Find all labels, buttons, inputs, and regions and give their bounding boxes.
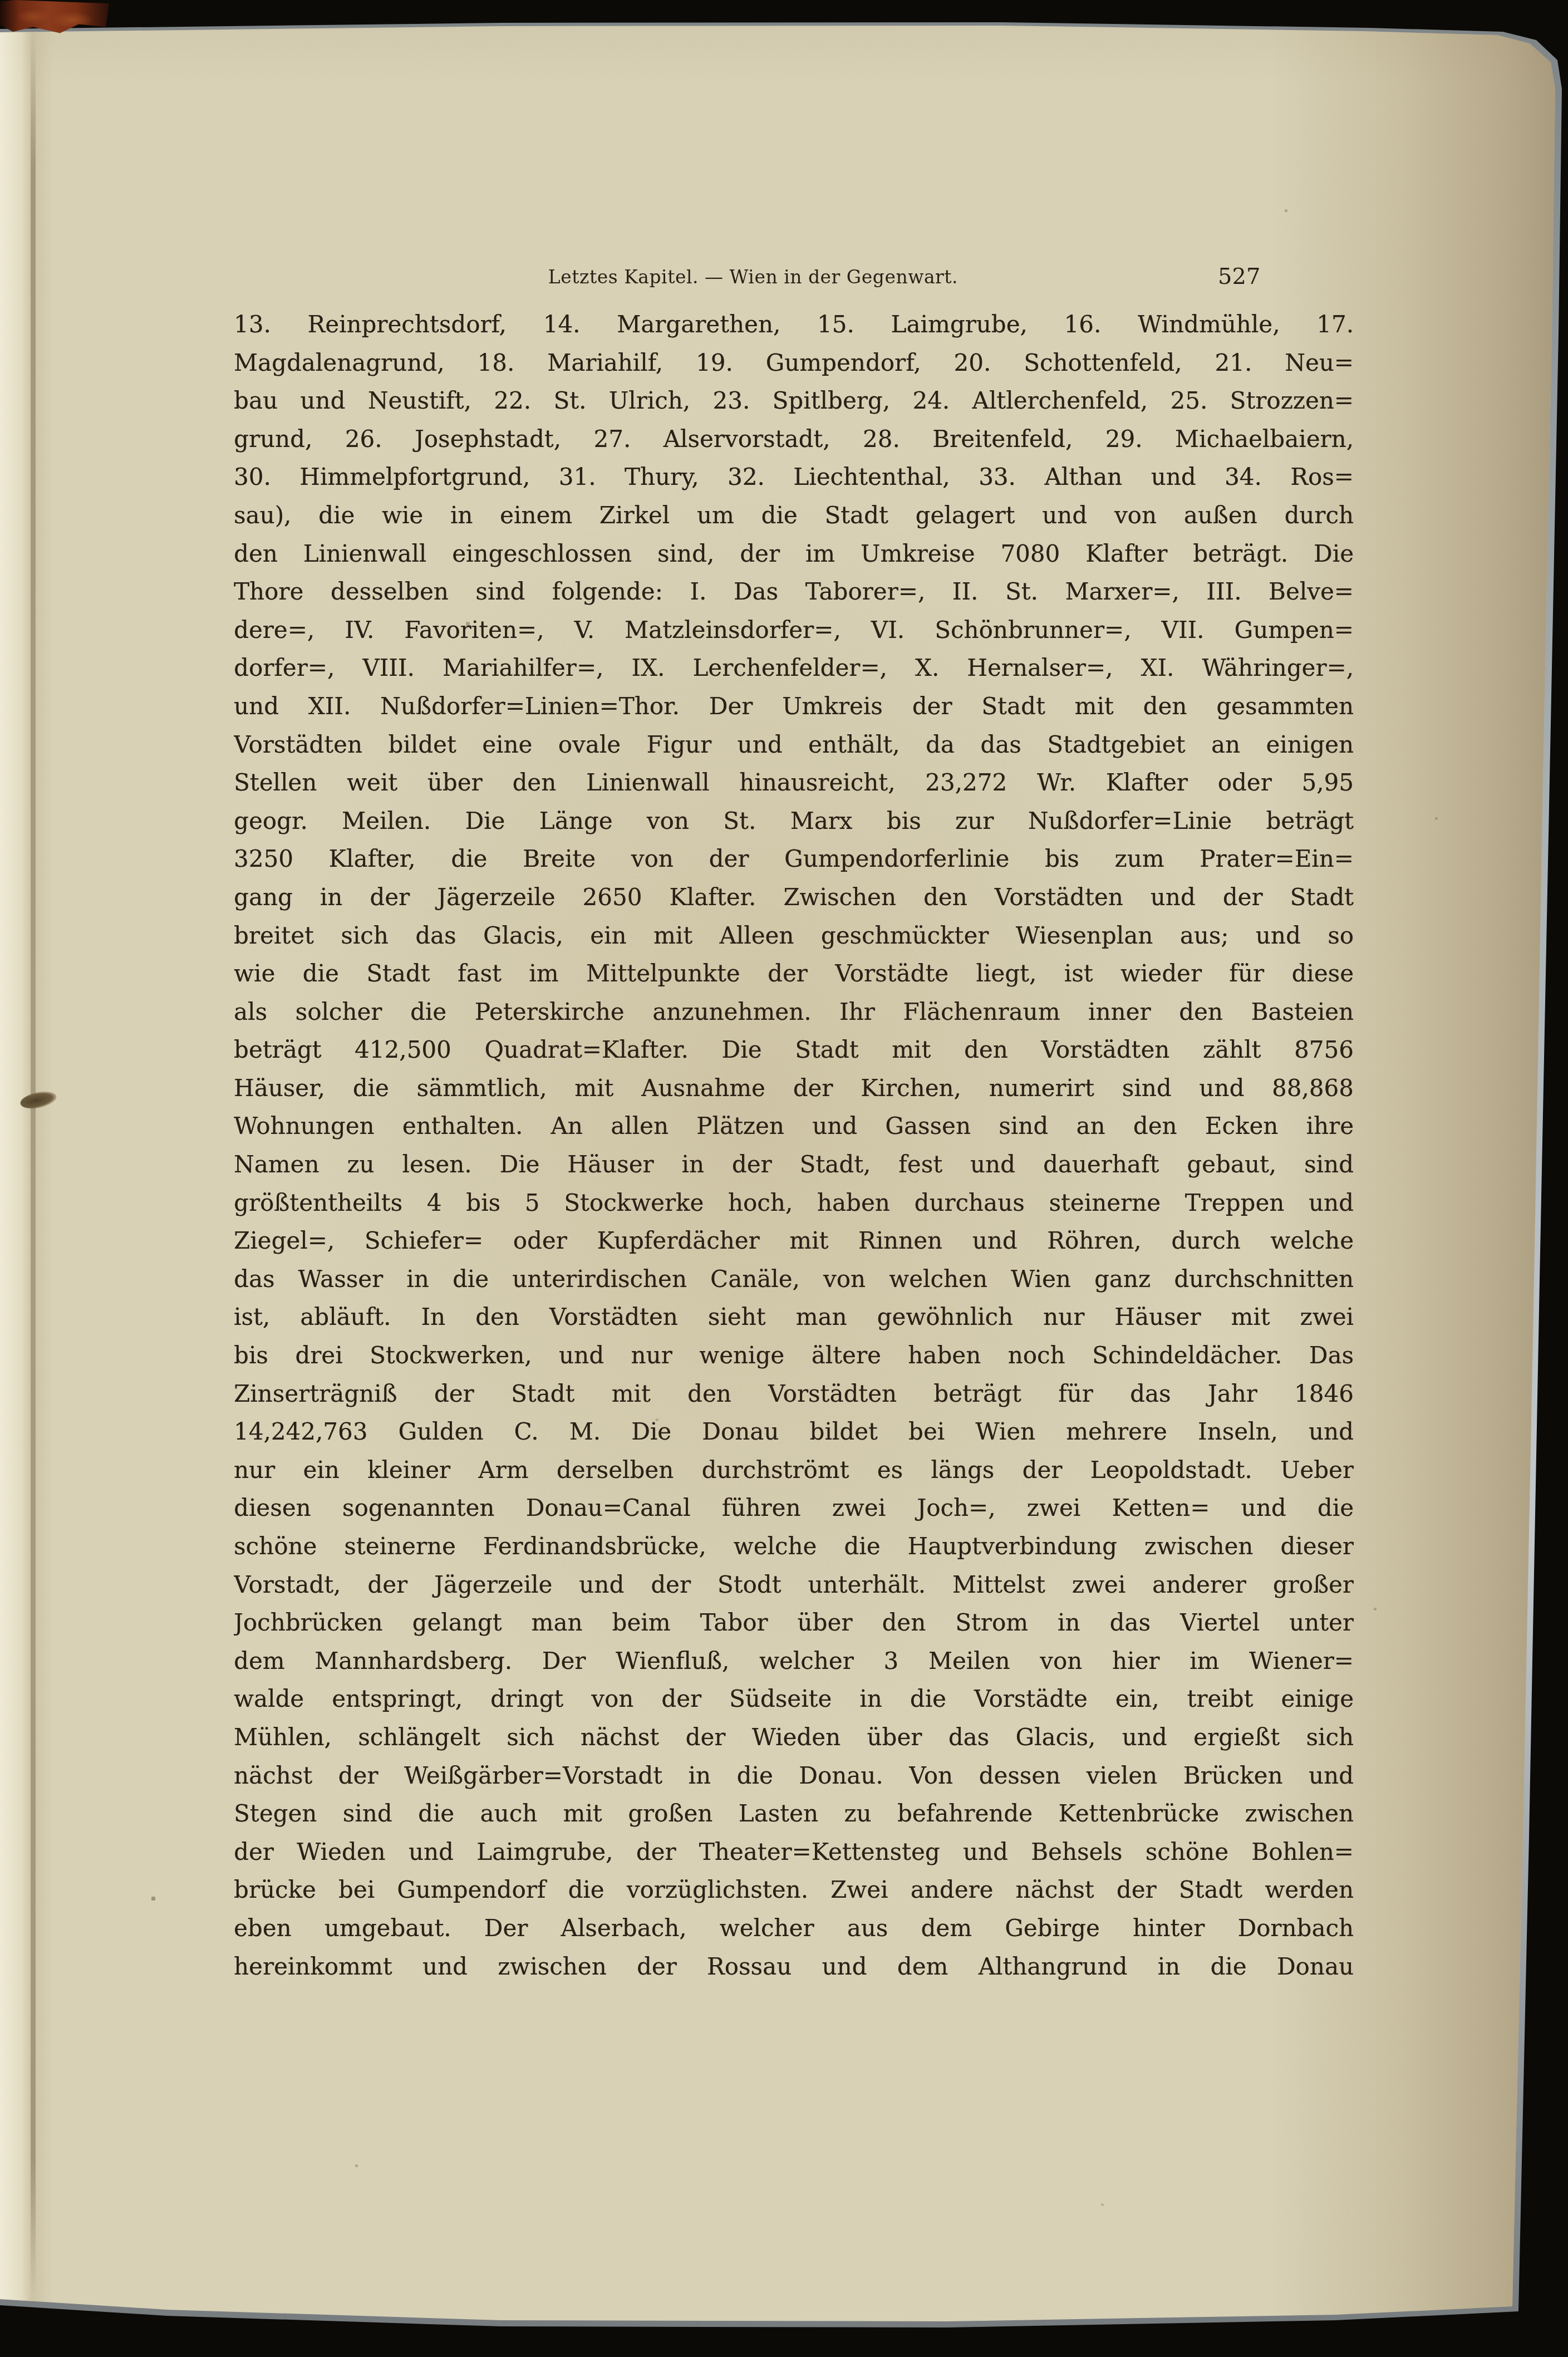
text-line: gang in der Jägerzeile 2650 Klafter. Zwi… xyxy=(234,878,1354,917)
text-line: nur ein kleiner Arm derselben durchström… xyxy=(234,1451,1354,1490)
body-text: 13. Reinprechtsdorf, 14. Margarethen, 15… xyxy=(234,306,1354,1986)
text-line: beträgt 412,500 Quadrat=Klafter. Die Sta… xyxy=(234,1031,1354,1069)
text-line: diesen sogenannten Donau=Canal führen zw… xyxy=(234,1489,1354,1528)
text-line: wie die Stadt fast im Mittelpunkte der V… xyxy=(234,955,1354,993)
text-line: dorfer=, VIII. Mariahilfer=, IX. Lerchen… xyxy=(234,649,1354,688)
binding-stitch xyxy=(19,1088,58,1111)
text-line: Stellen weit über den Linienwall hinausr… xyxy=(234,764,1354,802)
text-line: bau und Neustift, 22. St. Ulrich, 23. Sp… xyxy=(234,382,1354,420)
text-line: dem Mannhardsberg. Der Wienfluß, welcher… xyxy=(234,1642,1354,1681)
text-line: Vorstadt, der Jägerzeile und der Stodt u… xyxy=(234,1566,1354,1604)
text-line: Mühlen, schlängelt sich nächst der Wiede… xyxy=(234,1718,1354,1757)
text-line: 14,242,763 Gulden C. M. Die Donau bildet… xyxy=(234,1413,1354,1451)
text-line: brücke bei Gumpendorf die vorzüglichsten… xyxy=(234,1871,1354,1909)
text-line: 30. Himmelpfortgrund, 31. Thury, 32. Lie… xyxy=(234,458,1354,497)
text-line: größtentheilts 4 bis 5 Stockwerke hoch, … xyxy=(234,1184,1354,1222)
text-line: eben umgebaut. Der Alserbach, welcher au… xyxy=(234,1909,1354,1948)
text-line: Wohnungen enthalten. An allen Plätzen un… xyxy=(234,1107,1354,1146)
text-line: den Linienwall eingeschlossen sind, der … xyxy=(234,535,1354,573)
running-header: Letztes Kapitel. — Wien in der Gegenwart… xyxy=(517,266,990,288)
text-line: nächst der Weißgärber=Vorstadt in die Do… xyxy=(234,1757,1354,1795)
text-line: 3250 Klafter, die Breite von der Gumpend… xyxy=(234,840,1354,878)
text-line: ist, abläuft. In den Vorstädten sieht ma… xyxy=(234,1298,1354,1337)
text-line: walde entspringt, dringt von der Südseit… xyxy=(234,1680,1354,1718)
text-line: und XII. Nußdorfer=Linien=Thor. Der Umkr… xyxy=(234,688,1354,726)
text-line: Thore desselben sind folgende: I. Das Ta… xyxy=(234,573,1354,611)
text-line: schöne steinerne Ferdinandsbrücke, welch… xyxy=(234,1528,1354,1566)
text-line: Namen zu lesen. Die Häuser in der Stadt,… xyxy=(234,1146,1354,1184)
text-line: hereinkommt und zwischen der Rossau und … xyxy=(234,1948,1354,1986)
text-line: Zinserträgniß der Stadt mit den Vorstädt… xyxy=(234,1375,1354,1413)
text-line: 13. Reinprechtsdorf, 14. Margarethen, 15… xyxy=(234,306,1354,344)
page-number: 527 xyxy=(1218,264,1260,289)
book-page: Letztes Kapitel. — Wien in der Gegenwart… xyxy=(0,0,1568,2357)
text-line: Stegen sind die auch mit großen Lasten z… xyxy=(234,1795,1354,1833)
text-line: Häuser, die sämmtlich, mit Ausnahme der … xyxy=(234,1069,1354,1108)
text-line: bis drei Stockwerken, und nur wenige ält… xyxy=(234,1337,1354,1375)
text-line: Magdalenagrund, 18. Mariahilf, 19. Gumpe… xyxy=(234,344,1354,382)
text-line: geogr. Meilen. Die Länge von St. Marx bi… xyxy=(234,802,1354,841)
text-line: als solcher die Peterskirche anzunehmen.… xyxy=(234,993,1354,1032)
text-line: das Wasser in die unterirdischen Canäle,… xyxy=(234,1260,1354,1299)
text-line: grund, 26. Josephstadt, 27. Alservorstad… xyxy=(234,420,1354,459)
text-line: Jochbrücken gelangt man beim Tabor über … xyxy=(234,1604,1354,1642)
text-line: dere=, IV. Favoriten=, V. Matzleinsdorfe… xyxy=(234,611,1354,650)
text-line: der Wieden und Laimgrube, der Theater=Ke… xyxy=(234,1833,1354,1872)
text-line: Vorstädten bildet eine ovale Figur und e… xyxy=(234,726,1354,764)
scanned-book-photo: { "page": { "header": { "title": "Letzte… xyxy=(0,0,1568,2357)
text-line: Ziegel=, Schiefer= oder Kupferdächer mit… xyxy=(234,1222,1354,1260)
gutter-crease xyxy=(31,32,36,2295)
foxing-specks xyxy=(0,0,1,1)
text-line: sau), die wie in einem Zirkel um die Sta… xyxy=(234,497,1354,535)
text-line: breitet sich das Glacis, ein mit Alleen … xyxy=(234,917,1354,955)
